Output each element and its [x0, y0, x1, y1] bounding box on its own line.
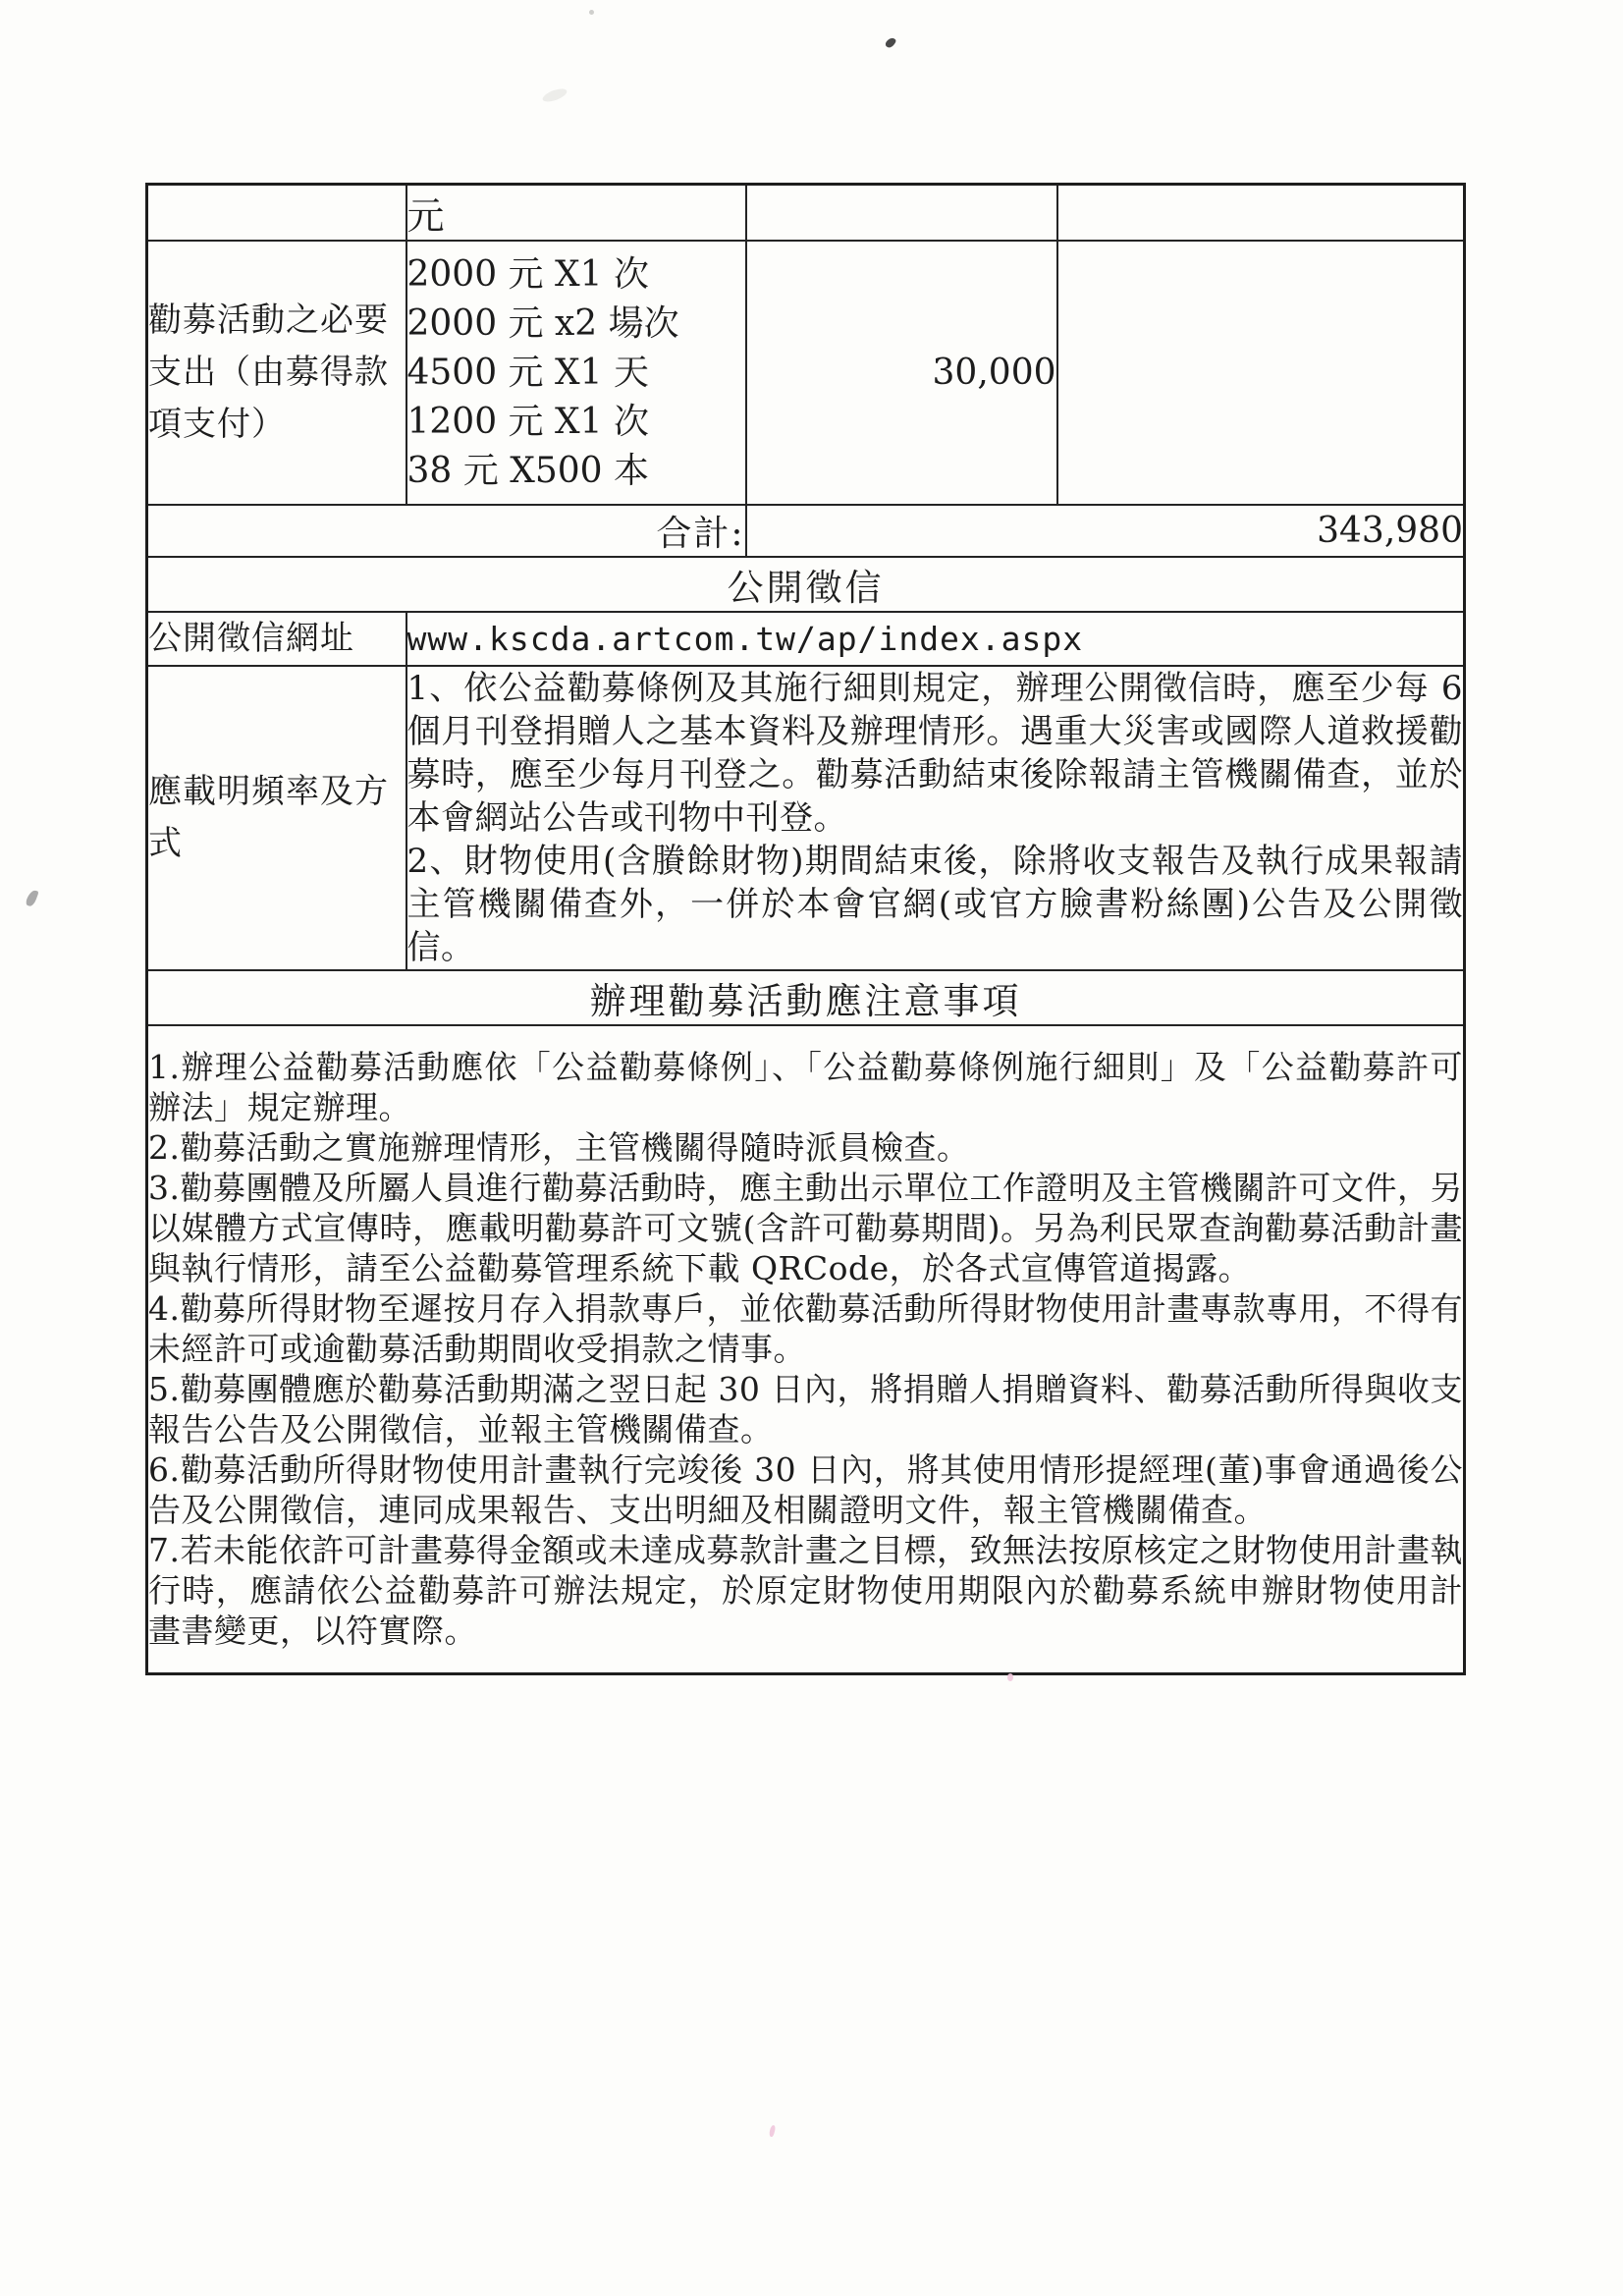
table-row-expense: 勸募活動之必要支出（由募得款項支付） 2000 元 X1 次 2000 元 x2…	[147, 241, 1465, 505]
empty-cell	[147, 185, 406, 242]
note-item: 2.勸募活動之實施辦理情形，主管機關得隨時派員檢查。	[148, 1127, 1463, 1168]
scan-artifact	[769, 2125, 777, 2138]
expense-label: 勸募活動之必要支出（由募得款項支付）	[147, 241, 406, 505]
scan-artifact	[541, 86, 568, 104]
table-row-notes: 1.辦理公益勸募活動應依「公益勸募條例」、「公益勸募條例施行細則」及「公益勸募許…	[147, 1025, 1465, 1674]
frequency-item: 2、財物使用(含賸餘財物)期間結束後，除將收支報告及執行成果報請主管機關備查外，…	[407, 840, 1464, 969]
note-item: 3.勸募團體及所屬人員進行勸募活動時，應主動出示單位工作證明及主管機關許可文件，…	[148, 1168, 1463, 1288]
frequency-label: 應載明頻率及方式	[147, 666, 406, 970]
table-row-frequency: 應載明頻率及方式 1、依公益勸募條例及其施行細則規定，辦理公開徵信時，應至少每 …	[147, 666, 1465, 970]
expense-item: 1200 元 X1 次	[407, 398, 745, 447]
total-label: 合計:	[147, 505, 746, 557]
table-row-disclosure-header: 公開徵信	[147, 557, 1465, 612]
table-row-notes-header: 辦理勸募活動應注意事項	[147, 970, 1465, 1025]
note-item: 7.若未能依許可計畫募得金額或未達成募款計畫之目標，致無法按原核定之財物使用計畫…	[148, 1530, 1463, 1651]
note-item: 4.勸募所得財物至遲按月存入捐款專戶，並依勸募活動所得財物使用計畫專款專用，不得…	[148, 1288, 1463, 1369]
empty-cell	[1057, 185, 1465, 242]
table-row-url: 公開徵信網址 www.kscda.artcom.tw/ap/index.aspx	[147, 612, 1465, 666]
expense-amount: 30,000	[746, 241, 1057, 505]
expense-item: 38 元 X500 本	[407, 447, 745, 496]
frequency-item: 1、依公益勸募條例及其施行細則規定，辦理公開徵信時，應至少每 6 個月刊登捐贈人…	[407, 667, 1464, 840]
disclosure-url-label: 公開徵信網址	[147, 612, 406, 666]
table-row-total: 合計: 343,980	[147, 505, 1465, 557]
note-item: 1.辦理公益勸募活動應依「公益勸募條例」、「公益勸募條例施行細則」及「公益勸募許…	[148, 1047, 1463, 1127]
expense-items-cell: 2000 元 X1 次 2000 元 x2 場次 4500 元 X1 天 120…	[406, 241, 746, 505]
expense-item: 2000 元 x2 場次	[407, 300, 745, 349]
frequency-content-cell: 1、依公益勸募條例及其施行細則規定，辦理公開徵信時，應至少每 6 個月刊登捐贈人…	[406, 666, 1465, 970]
fundraising-disclosure-table: 元 勸募活動之必要支出（由募得款項支付） 2000 元 X1 次 2000 元 …	[145, 183, 1466, 1675]
scan-artifact	[885, 36, 897, 50]
scan-artifact	[589, 10, 594, 15]
note-item: 5.勸募團體應於勸募活動期滿之翌日起 30 日內，將捐贈人捐贈資料、勸募活動所得…	[148, 1369, 1463, 1449]
table-row-unit: 元	[147, 185, 1465, 242]
total-value: 343,980	[746, 505, 1465, 557]
notes-content-cell: 1.辦理公益勸募活動應依「公益勸募條例」、「公益勸募條例施行細則」及「公益勸募許…	[147, 1025, 1465, 1674]
disclosure-section-title: 公開徵信	[147, 557, 1465, 612]
scanned-document-page: 元 勸募活動之必要支出（由募得款項支付） 2000 元 X1 次 2000 元 …	[0, 0, 1623, 2296]
note-item: 6.勸募活動所得財物使用計畫執行完竣後 30 日內，將其使用情形提經理(董)事會…	[148, 1449, 1463, 1530]
notes-section-title: 辦理勸募活動應注意事項	[147, 970, 1465, 1025]
unit-cell: 元	[406, 185, 746, 242]
empty-cell	[746, 185, 1057, 242]
scan-artifact	[25, 889, 38, 907]
empty-cell	[1057, 241, 1465, 505]
expense-item: 4500 元 X1 天	[407, 349, 745, 398]
disclosure-url: www.kscda.artcom.tw/ap/index.aspx	[406, 612, 1465, 666]
expense-item: 2000 元 X1 次	[407, 250, 745, 300]
